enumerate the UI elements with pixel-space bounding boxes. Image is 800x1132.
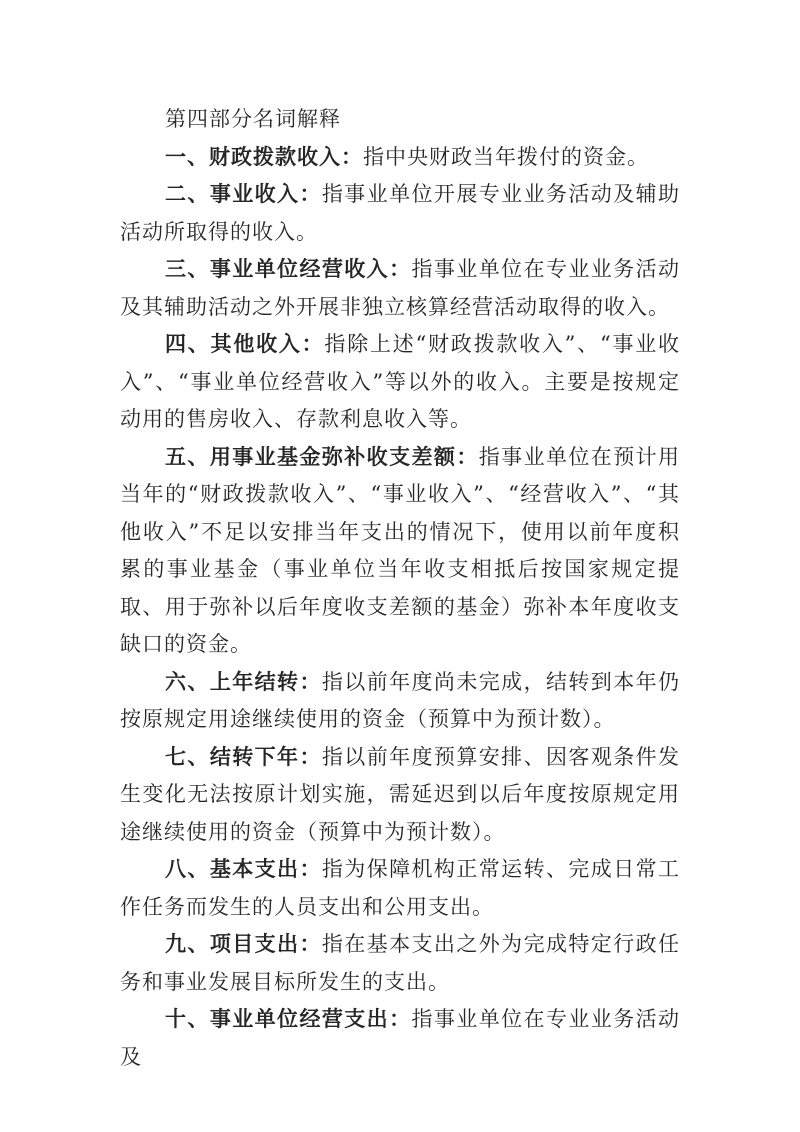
term-colon: ： [299, 183, 321, 206]
term-label-text: 八、基本支出 [165, 858, 299, 881]
term-colon: ： [389, 1008, 411, 1031]
document-page: 第四部分名词解释 一、财政拨款收入：指中央财政当年拨付的资金。 二、事业收入：指… [120, 101, 680, 1076]
term-label-text: 六、上年结转 [165, 671, 299, 694]
term-label-6: 六、上年结转： [165, 671, 322, 694]
term-paragraph-3: 三、事业单位经营收入：指事业单位在专业业务活动及其辅助活动之外开展非独立核算经营… [120, 251, 680, 326]
term-label-text: 二、事业收入 [165, 183, 299, 206]
term-label-7: 七、结转下年： [165, 746, 322, 769]
term-label-text: 九、项目支出 [165, 933, 299, 956]
term-paragraph-7: 七、结转下年：指以前年度预算安排、因客观条件发生变化无法按原计划实施，需延迟到以… [120, 739, 680, 852]
term-label-8: 八、基本支出： [165, 858, 322, 881]
term-paragraph-9: 九、项目支出：指在基本支出之外为完成特定行政任务和事业发展目标所发生的支出。 [120, 926, 680, 1001]
term-paragraph-2: 二、事业收入：指事业单位开展专业业务活动及辅助活动所取得的收入。 [120, 176, 680, 251]
term-label-text: 七、结转下年 [165, 746, 299, 769]
term-paragraph-10: 十、事业单位经营支出：指事业单位在专业业务活动及 [120, 1001, 680, 1076]
term-definition-5: 指事业单位在预计用当年的“财政拨款收入”、“事业收入”、“经营收入”、“其他收入… [120, 445, 680, 657]
term-label-text: 三、事业单位经营收入 [165, 258, 389, 281]
term-colon: ： [299, 671, 321, 694]
term-label-9: 九、项目支出： [165, 933, 322, 956]
term-label-3: 三、事业单位经营收入： [165, 258, 412, 281]
term-colon: ： [299, 933, 321, 956]
term-label-10: 十、事业单位经营支出： [165, 1008, 412, 1031]
term-label-2: 二、事业收入： [165, 183, 322, 206]
term-label-5: 五、用事业基金弥补收支差额： [165, 446, 479, 469]
term-paragraph-5: 五、用事业基金弥补收支差额：指事业单位在预计用当年的“财政拨款收入”、“事业收入… [120, 439, 680, 664]
term-label-text: 十、事业单位经营支出 [165, 1008, 389, 1031]
term-colon: ： [299, 858, 321, 881]
term-colon: ： [299, 746, 321, 769]
term-paragraph-6: 六、上年结转：指以前年度尚未完成，结转到本年仍按原规定用途继续使用的资金（预算中… [120, 664, 680, 739]
term-colon: ： [341, 146, 363, 169]
term-label-text: 一、财政拨款收入 [165, 146, 341, 169]
term-label-text: 五、用事业基金弥补收支差额 [165, 446, 456, 469]
term-colon: ： [456, 446, 478, 469]
term-paragraph-1: 一、财政拨款收入：指中央财政当年拨付的资金。 [120, 139, 680, 177]
term-colon: ： [389, 258, 411, 281]
term-paragraph-8: 八、基本支出：指为保障机构正常运转、完成日常工作任务而发生的人员支出和公用支出。 [120, 851, 680, 926]
term-label-text: 四、其他收入 [165, 333, 302, 356]
term-paragraph-4: 四、其他收入：指除上述“财政拨款收入”、“事业收入”、“事业单位经营收入”等以外… [120, 326, 680, 439]
term-colon: ： [302, 333, 325, 356]
term-definition-1: 指中央财政当年拨付的资金。 [363, 145, 649, 169]
term-label-4: 四、其他收入： [165, 333, 324, 356]
term-label-1: 一、财政拨款收入： [165, 146, 363, 169]
section-title: 第四部分名词解释 [120, 101, 680, 139]
